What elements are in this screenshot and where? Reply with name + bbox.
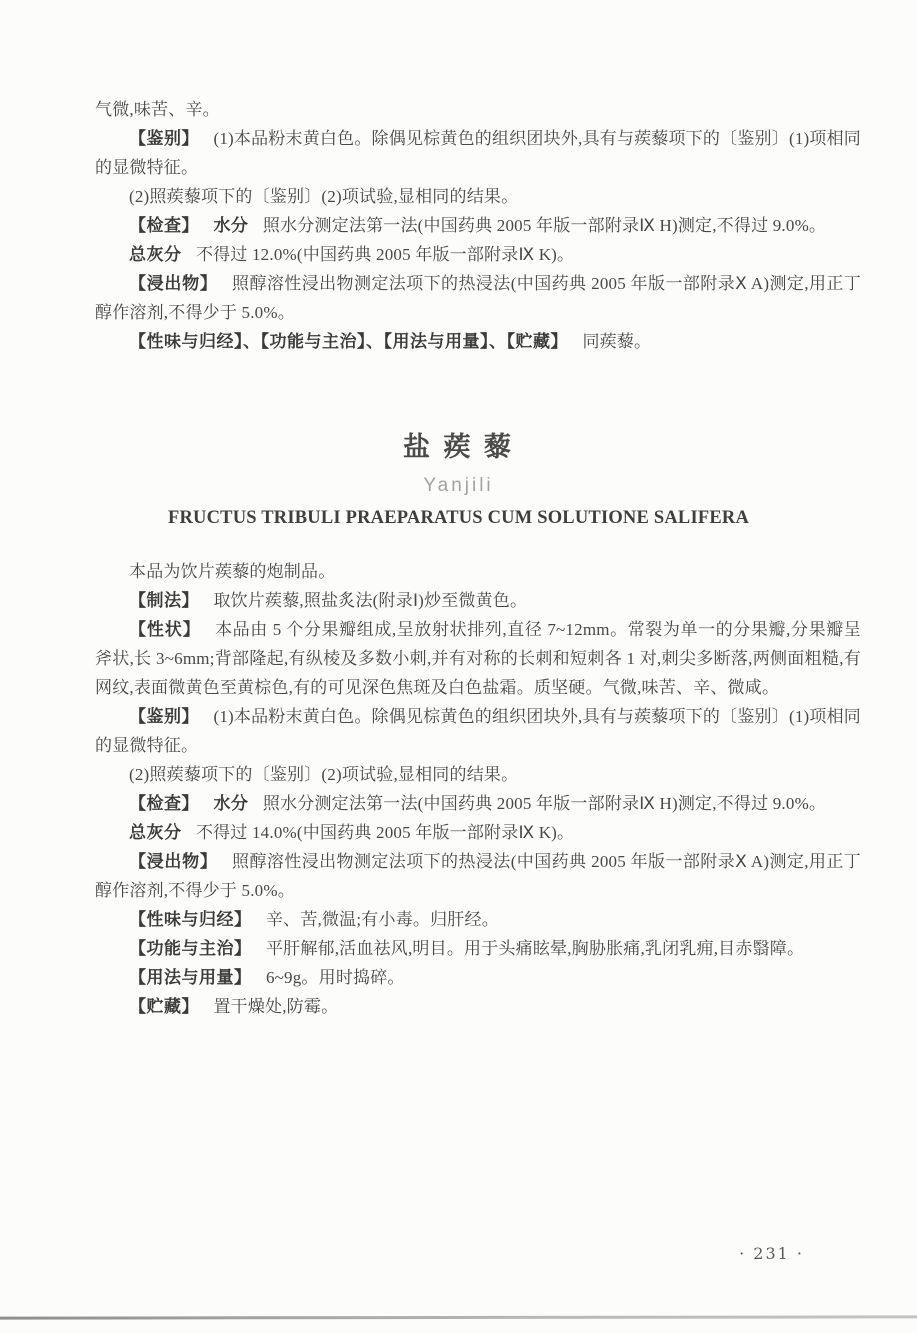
paragraph-odor-taste: 气微,味苦、辛。 (95, 95, 861, 124)
paragraph-property-meridian: 【性味与归经】辛、苦,微温;有小毒。归肝经。 (95, 905, 861, 934)
section-label: 【性味与归经】 (129, 910, 252, 929)
page-number: · 231 · (739, 1244, 804, 1263)
paragraph-text: 本品为饮片蒺藜的炮制品。 (129, 562, 335, 581)
monograph-body-section: 本品为饮片蒺藜的炮制品。 【制法】取饮片蒺藜,照盐炙法(附录Ⅰ)炒至微黄色。 【… (95, 557, 861, 1021)
paragraph-text: 照水分测定法第一法(中国药典 2005 年版一部附录Ⅸ H)测定,不得过 9.0… (263, 216, 826, 235)
section-label: 【性味与归经】、【功能与主治】、【用法与用量】、【贮藏】 (129, 332, 568, 351)
entry-title-cn: 盐 蒺 藜 (0, 429, 917, 465)
paragraph-check-ash: 总灰分不得过 12.0%(中国药典 2005 年版一部附录Ⅸ K)。 (95, 240, 861, 269)
sub-label: 水分 (213, 794, 248, 813)
section-label: 【功能与主治】 (129, 939, 252, 958)
paragraph-text: (2)照蒺藜项下的〔鉴别〕(2)项试验,显相同的结果。 (129, 765, 518, 784)
paragraph-identification-1: 【鉴别】(1)本品粉末黄白色。除偶见棕黄色的组织团块外,具有与蒺藜项下的〔鉴别〕… (95, 124, 861, 182)
sub-label: 总灰分 (129, 823, 182, 842)
section-label: 【贮藏】 (129, 997, 199, 1016)
monograph-continuation-section: 气微,味苦、辛。 【鉴别】(1)本品粉末黄白色。除偶见棕黄色的组织团块外,具有与… (95, 95, 861, 356)
paragraph-extractives: 【浸出物】照醇溶性浸出物测定法项下的热浸法(中国药典 2005 年版一部附录Ⅹ … (95, 847, 861, 905)
section-label: 【鉴别】 (129, 129, 199, 148)
scan-edge-artifact (0, 1315, 917, 1319)
section-label: 【性状】 (129, 620, 201, 639)
section-label: 【制法】 (129, 591, 199, 610)
paragraph-refer-to-jili: 【性味与归经】、【功能与主治】、【用法与用量】、【贮藏】同蒺藜。 (95, 327, 861, 356)
paragraph-extractives: 【浸出物】照醇溶性浸出物测定法项下的热浸法(中国药典 2005 年版一部附录Ⅹ … (95, 269, 861, 327)
paragraph-text: 置干燥处,防霉。 (213, 997, 338, 1016)
paragraph-check-ash: 总灰分不得过 14.0%(中国药典 2005 年版一部附录Ⅸ K)。 (95, 818, 861, 847)
entry-title-latin: FRUCTUS TRIBULI PRAEPARATUS CUM SOLUTION… (0, 506, 917, 530)
paragraph-storage: 【贮藏】置干燥处,防霉。 (95, 992, 861, 1021)
sub-label: 总灰分 (129, 245, 182, 264)
paragraph-text: 本品由 5 个分果瓣组成,呈放射状排列,直径 7~12mm。常裂为单一的分果瓣,… (95, 620, 861, 697)
paragraph-check-water: 【检查】水分照水分测定法第一法(中国药典 2005 年版一部附录Ⅸ H)测定,不… (95, 211, 861, 240)
section-label: 【检查】 (129, 794, 199, 813)
section-label: 【用法与用量】 (129, 968, 252, 987)
paragraph-identification-2: (2)照蒺藜项下的〔鉴别〕(2)项试验,显相同的结果。 (95, 760, 861, 789)
section-label: 【鉴别】 (129, 707, 199, 726)
paragraph-text: 6~9g。用时捣碎。 (266, 968, 405, 987)
paragraph-text: (1)本品粉末黄白色。除偶见棕黄色的组织团块外,具有与蒺藜项下的〔鉴别〕(1)项… (95, 129, 861, 177)
paragraph-identification-1: 【鉴别】(1)本品粉末黄白色。除偶见棕黄色的组织团块外,具有与蒺藜项下的〔鉴别〕… (95, 702, 861, 760)
paragraph-text: 平肝解郁,活血祛风,明目。用于头痛眩晕,胸胁胀痛,乳闭乳痈,目赤翳障。 (266, 939, 804, 958)
paragraph-text: (2)照蒺藜项下的〔鉴别〕(2)项试验,显相同的结果。 (129, 187, 518, 206)
sub-label: 水分 (213, 216, 248, 235)
paragraph-text: 取饮片蒺藜,照盐炙法(附录Ⅰ)炒至微黄色。 (213, 591, 527, 610)
section-label: 【浸出物】 (129, 274, 218, 293)
paragraph-source: 本品为饮片蒺藜的炮制品。 (95, 557, 861, 586)
paragraph-description: 【性状】本品由 5 个分果瓣组成,呈放射状排列,直径 7~12mm。常裂为单一的… (95, 615, 861, 702)
paragraph-dosage: 【用法与用量】6~9g。用时捣碎。 (95, 963, 861, 992)
paragraph-text: 不得过 14.0%(中国药典 2005 年版一部附录Ⅸ K)。 (196, 823, 574, 842)
entry-heading: 盐 蒺 藜 Yanjili FRUCTUS TRIBULI PRAEPARATU… (0, 429, 917, 530)
paragraph-function-indication: 【功能与主治】平肝解郁,活血祛风,明目。用于头痛眩晕,胸胁胀痛,乳闭乳痈,目赤翳… (95, 934, 861, 963)
paragraph-text: 不得过 12.0%(中国药典 2005 年版一部附录Ⅸ K)。 (196, 245, 574, 264)
paragraph-text: (1)本品粉末黄白色。除偶见棕黄色的组织团块外,具有与蒺藜项下的〔鉴别〕(1)项… (95, 707, 861, 755)
paragraph-preparation: 【制法】取饮片蒺藜,照盐炙法(附录Ⅰ)炒至微黄色。 (95, 586, 861, 615)
document-page: 气微,味苦、辛。 【鉴别】(1)本品粉末黄白色。除偶见棕黄色的组织团块外,具有与… (0, 0, 917, 1333)
entry-title-pinyin: Yanjili (0, 475, 917, 497)
paragraph-identification-2: (2)照蒺藜项下的〔鉴别〕(2)项试验,显相同的结果。 (95, 182, 861, 211)
paragraph-check-water: 【检查】水分照水分测定法第一法(中国药典 2005 年版一部附录Ⅸ H)测定,不… (95, 789, 861, 818)
paragraph-text: 辛、苦,微温;有小毒。归肝经。 (266, 910, 499, 929)
paragraph-text: 照水分测定法第一法(中国药典 2005 年版一部附录Ⅸ H)测定,不得过 9.0… (263, 794, 826, 813)
section-label: 【浸出物】 (129, 852, 218, 871)
paragraph-text: 气微,味苦、辛。 (95, 100, 220, 119)
section-label: 【检查】 (129, 216, 199, 235)
paragraph-text: 同蒺藜。 (582, 332, 651, 351)
